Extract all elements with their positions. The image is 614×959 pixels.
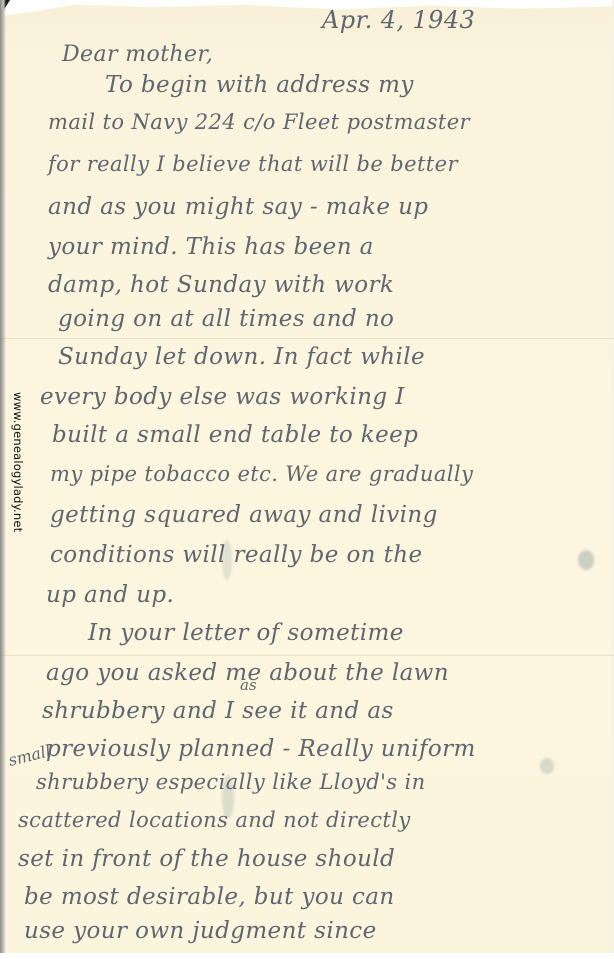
watermark-text: www.genealogylady.net (8, 392, 28, 572)
letter-line: be most desirable, but you can (24, 884, 395, 910)
left-page-edge (0, 0, 6, 959)
letter-line: shrubbery and I see it and as (42, 698, 394, 724)
letter-line: built a small end table to keep (52, 422, 418, 448)
water-stain (578, 550, 594, 570)
letter-line: previously planned - Really uniform (46, 736, 476, 762)
torn-top-edge (0, 0, 614, 16)
letter-line: your mind. This has been a (48, 234, 374, 260)
fold-line (0, 655, 614, 656)
bottom-page-edge (0, 953, 614, 959)
letter-line: To begin with address my (105, 72, 414, 98)
fold-line (0, 338, 614, 339)
inserted-word: as (240, 676, 257, 694)
letter-line: every body else was working I (40, 384, 405, 410)
letter-line: mail to Navy 224 c/o Fleet postmaster (48, 110, 470, 134)
letter-line: shrubbery especially like Lloyd's in (36, 770, 426, 794)
letter-line: going on at all times and no (58, 306, 394, 332)
letter-line: and as you might say - make up (48, 194, 428, 220)
margin-insertion: small (6, 741, 52, 770)
letter-line: set in front of the house should (18, 846, 395, 872)
letter-line: for really I believe that will be better (48, 152, 458, 176)
letter-line: getting squared away and living (50, 502, 438, 528)
letter-line: my pipe tobacco etc. We are gradually (50, 462, 473, 486)
letter-line: conditions will really be on the (50, 542, 422, 568)
letter-line: scattered locations and not directly (18, 808, 411, 832)
letter-page: www.genealogylady.net Apr. 4, 1943 Dear … (0, 0, 614, 959)
letter-line: In your letter of sometime (88, 620, 404, 646)
letter-line: Sunday let down. In fact while (58, 344, 425, 370)
letter-line: up and up. (46, 582, 174, 608)
letter-salutation: Dear mother, (62, 42, 213, 67)
letter-line: damp, hot Sunday with work (48, 272, 394, 298)
letter-line: use your own judgment since (24, 918, 377, 944)
right-page-edge (610, 0, 614, 959)
letter-date: Apr. 4, 1943 (322, 6, 475, 34)
water-stain (540, 758, 554, 774)
